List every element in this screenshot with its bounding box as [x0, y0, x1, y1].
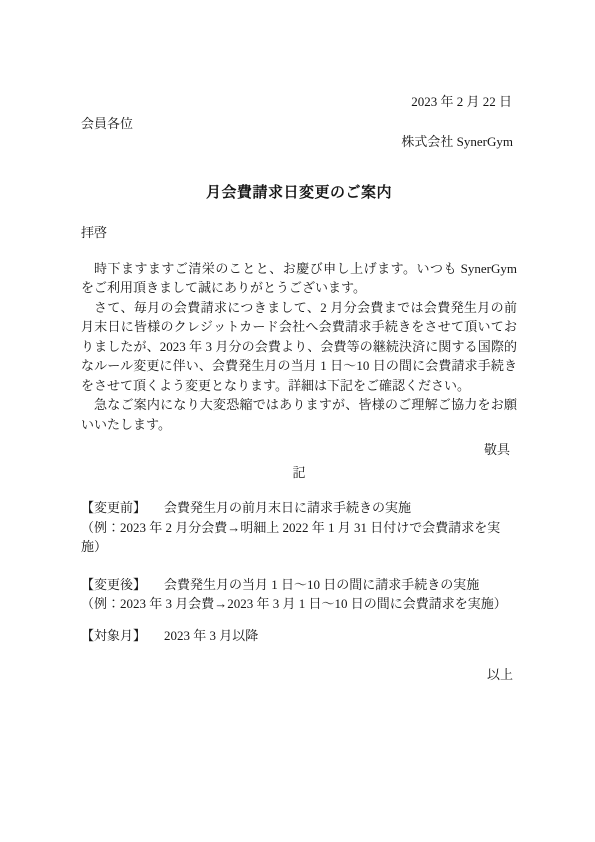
notice-text-target-month: 2023 年 3 月以降 — [164, 628, 258, 643]
notice-label-before: 【変更前】 — [81, 500, 146, 515]
notice-label-after: 【変更後】 — [81, 577, 146, 592]
document-date: 2023 年 2 月 22 日 — [81, 93, 517, 111]
record-marker: 記 — [81, 463, 517, 483]
notice-text-after: 会費発生月の当月 1 日～10 日の間に請求手続きの実施 — [164, 577, 479, 592]
document-title: 月会費請求日変更のご案内 — [81, 182, 517, 204]
notice-item-after: 【変更後】会費発生月の当月 1 日～10 日の間に請求手続きの実施 （例：202… — [81, 575, 517, 614]
body-text: 時下ますますご清栄のことと、お慶び申し上げます。いつも SynerGym をご利… — [81, 259, 517, 435]
notice-label-target-month: 【対象月】 — [81, 628, 146, 643]
body-paragraph-3: 急なご案内になり大変恐縮ではありますが、皆様のご理解ご協力をお願いいたします。 — [81, 395, 517, 434]
notice-example-before: （例：2023 年 2 月分会費→明細上 2022 年 1 月 31 日付けで会… — [81, 518, 517, 557]
notice-example-after: （例：2023 年 3 月会費→2023 年 3 月 1 日～10 日の間に会費… — [81, 594, 517, 614]
notice-text-before: 会費発生月の前月末日に請求手続きの実施 — [164, 500, 411, 515]
notice-item-target-month: 【対象月】2023 年 3 月以降 — [81, 626, 517, 646]
body-paragraph-2: さて、毎月の会費請求につきまして、2 月分会費までは会費発生月の前月末日に皆様の… — [81, 298, 517, 396]
notice-line: 【変更前】会費発生月の前月末日に請求手続きの実施 — [81, 498, 517, 518]
salutation: 拝啓 — [81, 223, 517, 243]
sender-company: 株式会社 SynerGym — [81, 133, 517, 151]
notice-line: 【変更後】会費発生月の当月 1 日～10 日の間に請求手続きの実施 — [81, 575, 517, 595]
notice-item-before: 【変更前】会費発生月の前月末日に請求手続きの実施 （例：2023 年 2 月分会… — [81, 498, 517, 557]
recipient: 会員各位 — [81, 115, 517, 133]
letter-page: 2023 年 2 月 22 日 会員各位 株式会社 SynerGym 月会費請求… — [0, 0, 595, 842]
closing-word: 敬具 — [81, 440, 517, 460]
body-paragraph-1: 時下ますますご清栄のことと、お慶び申し上げます。いつも SynerGym をご利… — [81, 259, 517, 298]
notice-line: 【対象月】2023 年 3 月以降 — [81, 626, 517, 646]
end-marker: 以上 — [81, 665, 517, 685]
